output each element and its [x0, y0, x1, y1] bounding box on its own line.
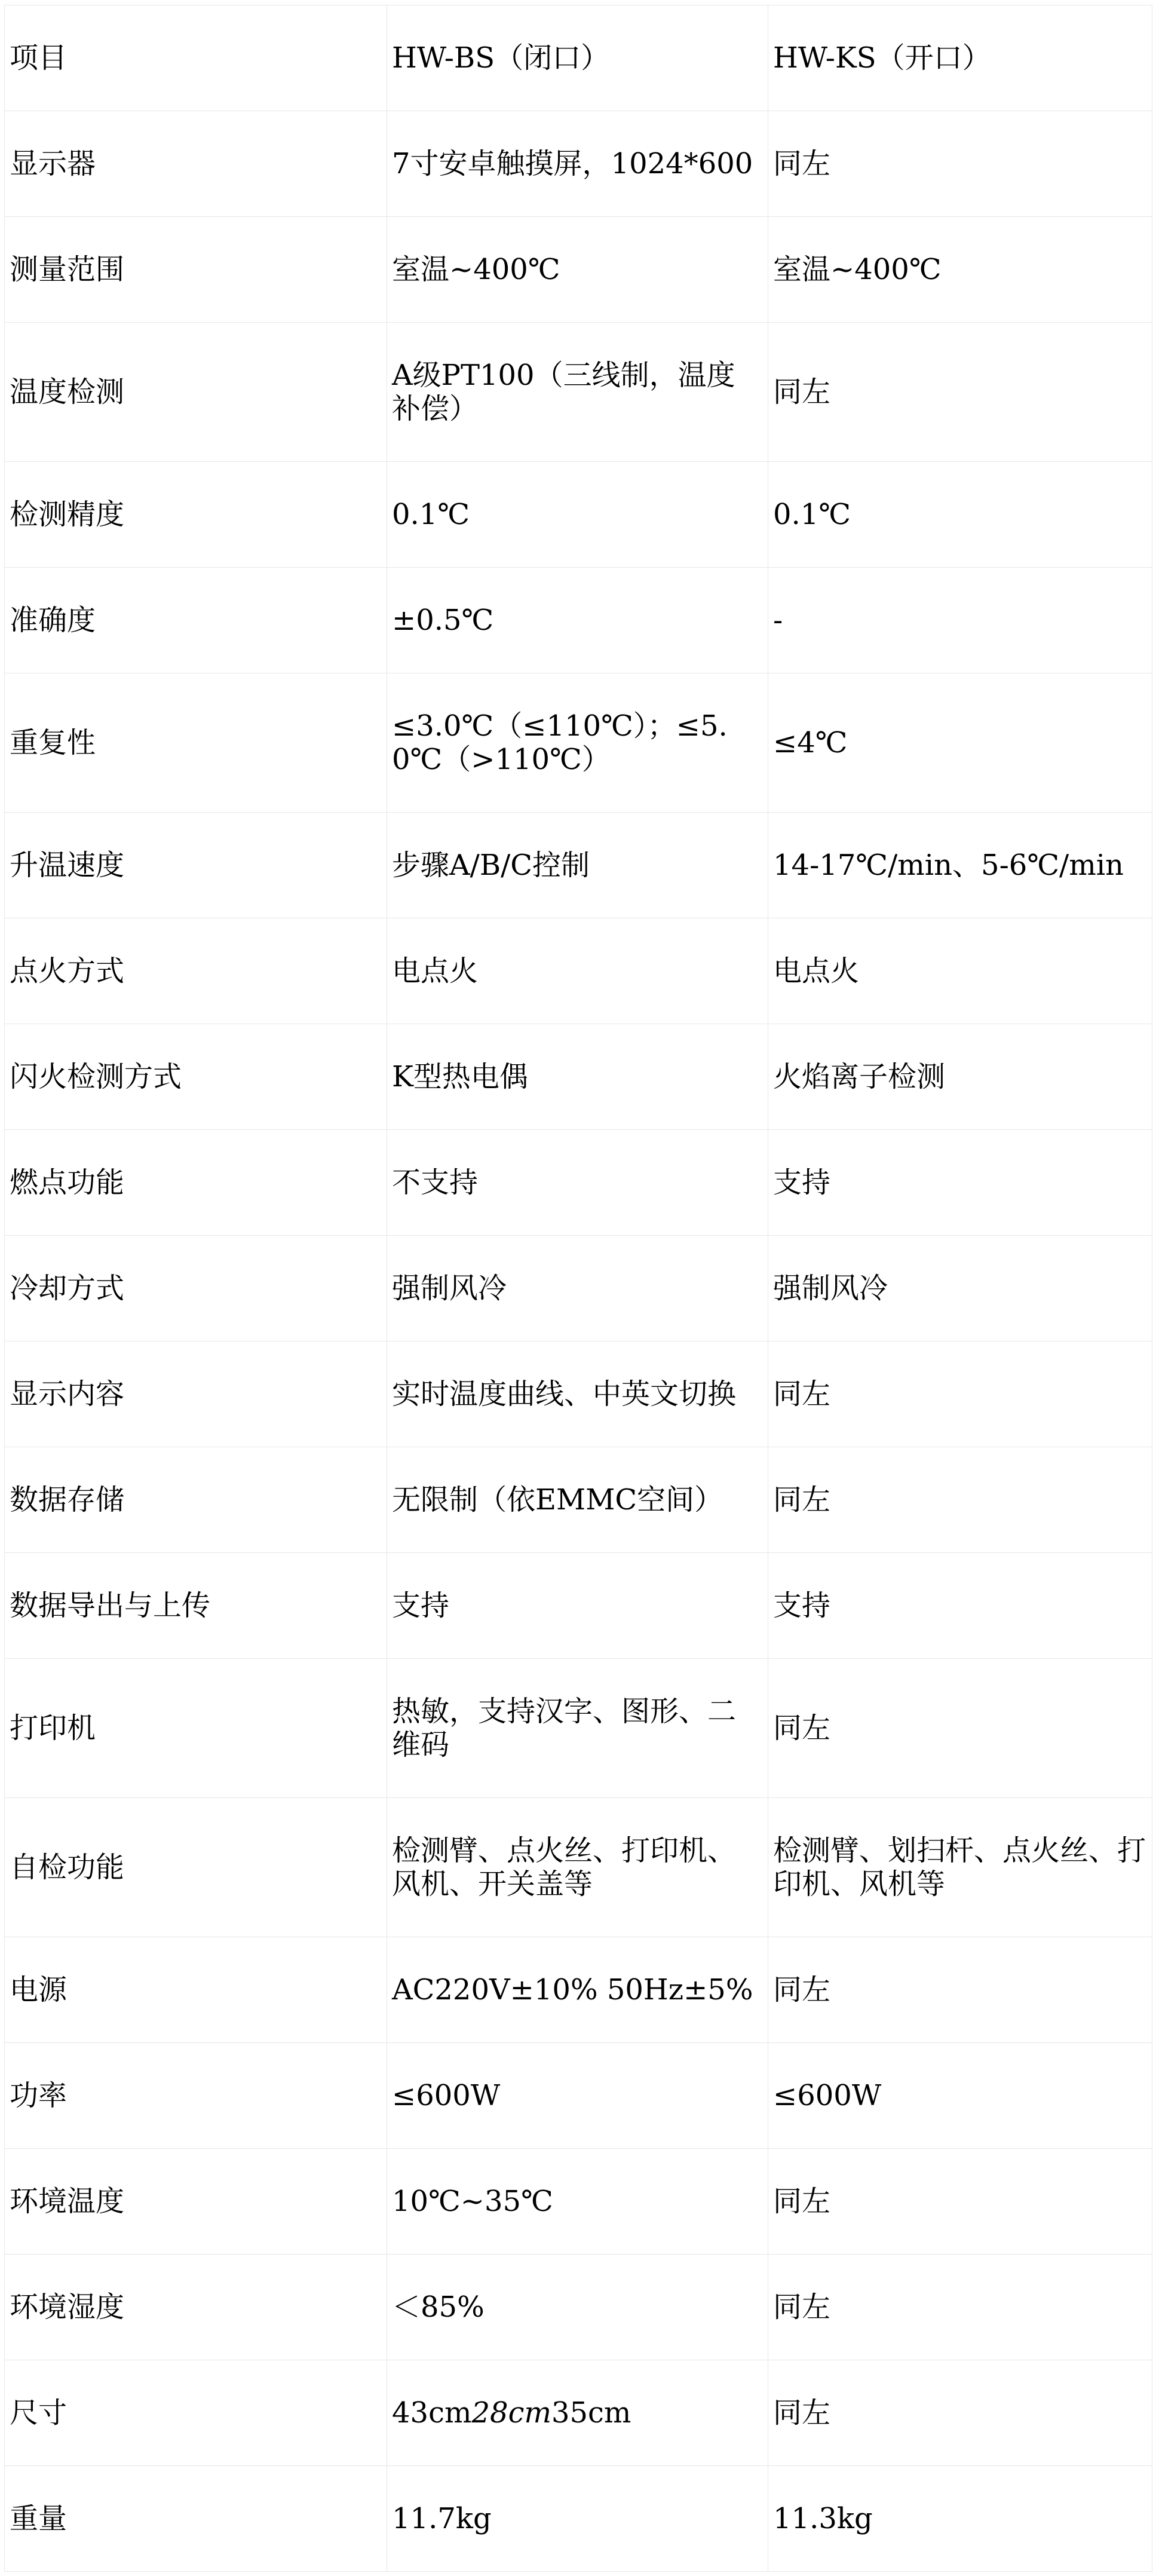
hw-ks-value: -: [773, 604, 1148, 637]
dimension-width-italic: 28cm: [471, 2396, 551, 2430]
item-label: 检测精度: [10, 498, 382, 531]
row-measuring-range: 测量范围 室温~400℃ 室温~400℃: [5, 217, 1152, 323]
hw-ks-cell: 同左: [768, 1659, 1152, 1798]
hw-ks-value: 同左: [773, 1483, 1148, 1517]
hw-ks-value: ≤600W: [773, 2079, 1148, 2112]
hw-bs-value: 10℃~35℃: [392, 2185, 761, 2218]
hw-bs-value: 实时温度曲线、中英文切换: [392, 1377, 761, 1411]
hw-ks-value: 检测臂、划扫杆、点火丝、打印机、风机等: [773, 1834, 1148, 1901]
hw-bs-value: 热敏，支持汉字、图形、二维码: [392, 1695, 761, 1762]
hw-ks-value: 同左: [773, 147, 1148, 180]
item-cell: 重复性: [5, 673, 387, 813]
hw-bs-value: 室温~400℃: [392, 253, 761, 286]
hw-ks-cell: 同左: [768, 1937, 1152, 2043]
hw-bs-value: 11.7kg: [392, 2502, 761, 2535]
hw-bs-value: 不支持: [392, 1166, 761, 1199]
item-label: 显示器: [10, 147, 382, 180]
hw-bs-value: ±0.5℃: [392, 604, 761, 637]
hw-bs-value: A级PT100（三线制，温度补偿）: [392, 359, 761, 425]
item-cell: 升温速度: [5, 813, 387, 918]
hw-bs-value: 检测臂、点火丝、打印机、风机、开关盖等: [392, 1834, 761, 1901]
item-cell: 准确度: [5, 568, 387, 673]
item-label: 环境温度: [10, 2185, 382, 2218]
hw-bs-value: ≤600W: [392, 2079, 761, 2112]
hw-ks-value: 同左: [773, 2185, 1148, 2218]
header-cell-hw-ks: HW-KS（开口）: [768, 5, 1152, 111]
row-ambient-humidity: 环境湿度 ＜85% 同左: [5, 2255, 1152, 2360]
item-cell: 数据导出与上传: [5, 1553, 387, 1659]
row-fire-point-function: 燃点功能 不支持 支持: [5, 1130, 1152, 1236]
hw-ks-cell: 同左: [768, 2255, 1152, 2360]
hw-bs-cell: 步骤A/B/C控制: [387, 813, 768, 918]
item-cell: 功率: [5, 2043, 387, 2149]
hw-ks-cell: 检测臂、划扫杆、点火丝、打印机、风机等: [768, 1798, 1152, 1937]
hw-ks-cell: 同左: [768, 2149, 1152, 2255]
hw-bs-cell: AC220V±10% 50Hz±5%: [387, 1937, 768, 2043]
row-heating-rate: 升温速度 步骤A/B/C控制 14-17℃/min、5-6℃/min: [5, 813, 1152, 918]
hw-bs-value: 7寸安卓触摸屏，1024*600: [392, 147, 761, 180]
row-detection-precision: 检测精度 0.1℃ 0.1℃: [5, 462, 1152, 568]
item-cell: 温度检测: [5, 323, 387, 462]
hw-bs-cell: 室温~400℃: [387, 217, 768, 323]
row-display: 显示器 7寸安卓触摸屏，1024*600 同左: [5, 111, 1152, 217]
hw-bs-value: 0.1℃: [392, 498, 761, 531]
dimension-length: 43cm: [392, 2396, 471, 2430]
hw-bs-cell: 11.7kg: [387, 2466, 768, 2572]
hw-ks-cell: ≤4℃: [768, 673, 1152, 813]
hw-ks-value: 同左: [773, 1377, 1148, 1411]
row-ambient-temperature: 环境温度 10℃~35℃ 同左: [5, 2149, 1152, 2255]
item-label: 功率: [10, 2079, 382, 2112]
item-label: 电源: [10, 1973, 382, 2007]
hw-ks-cell: ≤600W: [768, 2043, 1152, 2149]
hw-bs-cell: ≤600W: [387, 2043, 768, 2149]
item-label: 打印机: [10, 1711, 382, 1745]
item-label: 冷却方式: [10, 1272, 382, 1305]
item-label: 数据导出与上传: [10, 1589, 382, 1622]
header-item-label: 项目: [10, 41, 382, 75]
hw-ks-value: 14-17℃/min、5-6℃/min: [773, 849, 1148, 882]
hw-ks-cell: 火焰离子检测: [768, 1024, 1152, 1130]
item-label: 重量: [10, 2502, 382, 2535]
item-cell: 点火方式: [5, 918, 387, 1024]
hw-bs-cell: 43cm28cm35cm: [387, 2360, 768, 2466]
hw-ks-value: ≤4℃: [773, 726, 1148, 759]
item-cell: 重量: [5, 2466, 387, 2572]
item-label: 准确度: [10, 604, 382, 637]
hw-bs-cell: A级PT100（三线制，温度补偿）: [387, 323, 768, 462]
hw-bs-cell: 10℃~35℃: [387, 2149, 768, 2255]
hw-ks-cell: 支持: [768, 1130, 1152, 1236]
row-data-storage: 数据存储 无限制（依EMMC空间） 同左: [5, 1447, 1152, 1553]
hw-ks-cell: 14-17℃/min、5-6℃/min: [768, 813, 1152, 918]
hw-bs-cell: 电点火: [387, 918, 768, 1024]
hw-ks-value: 11.3kg: [773, 2502, 1148, 2535]
hw-bs-value: K型热电偶: [392, 1060, 761, 1094]
hw-bs-value: 无限制（依EMMC空间）: [392, 1483, 761, 1517]
hw-ks-value: 支持: [773, 1166, 1148, 1199]
row-data-export-upload: 数据导出与上传 支持 支持: [5, 1553, 1152, 1659]
row-power: 功率 ≤600W ≤600W: [5, 2043, 1152, 2149]
row-weight: 重量 11.7kg 11.3kg: [5, 2466, 1152, 2572]
hw-bs-cell: 检测臂、点火丝、打印机、风机、开关盖等: [387, 1798, 768, 1937]
hw-ks-cell: 电点火: [768, 918, 1152, 1024]
hw-ks-value: 火焰离子检测: [773, 1060, 1148, 1094]
item-label: 升温速度: [10, 849, 382, 882]
item-cell: 冷却方式: [5, 1236, 387, 1341]
header-hw-ks-label: HW-KS（开口）: [773, 41, 1148, 75]
item-cell: 自检功能: [5, 1798, 387, 1937]
dimension-height: 35cm: [551, 2396, 631, 2430]
hw-ks-cell: 11.3kg: [768, 2466, 1152, 2572]
hw-ks-cell: -: [768, 568, 1152, 673]
row-repeatability: 重复性 ≤3.0℃（≤110℃）；≤5.0℃（>110℃） ≤4℃: [5, 673, 1152, 813]
hw-bs-cell: 0.1℃: [387, 462, 768, 568]
hw-bs-cell: 不支持: [387, 1130, 768, 1236]
row-printer: 打印机 热敏，支持汉字、图形、二维码 同左: [5, 1659, 1152, 1798]
hw-bs-value: 43cm28cm35cm: [392, 2396, 761, 2430]
hw-ks-cell: 0.1℃: [768, 462, 1152, 568]
spec-comparison-table: 项目 HW-BS（闭口） HW-KS（开口） 显示器 7寸安卓触摸屏，1024*…: [4, 5, 1152, 2572]
item-cell: 数据存储: [5, 1447, 387, 1553]
hw-ks-cell: 室温~400℃: [768, 217, 1152, 323]
hw-ks-cell: 同左: [768, 1341, 1152, 1447]
item-cell: 燃点功能: [5, 1130, 387, 1236]
hw-ks-cell: 同左: [768, 323, 1152, 462]
header-cell-item: 项目: [5, 5, 387, 111]
row-flash-detection-method: 闪火检测方式 K型热电偶 火焰离子检测: [5, 1024, 1152, 1130]
hw-ks-cell: 同左: [768, 1447, 1152, 1553]
row-self-check: 自检功能 检测臂、点火丝、打印机、风机、开关盖等 检测臂、划扫杆、点火丝、打印机…: [5, 1798, 1152, 1937]
item-label: 显示内容: [10, 1377, 382, 1411]
hw-bs-cell: ±0.5℃: [387, 568, 768, 673]
hw-bs-value: AC220V±10% 50Hz±5%: [392, 1973, 761, 2007]
hw-bs-cell: 支持: [387, 1553, 768, 1659]
item-label: 闪火检测方式: [10, 1060, 382, 1094]
hw-ks-value: 室温~400℃: [773, 253, 1148, 286]
hw-ks-cell: 支持: [768, 1553, 1152, 1659]
item-label: 温度检测: [10, 375, 382, 409]
hw-bs-cell: 热敏，支持汉字、图形、二维码: [387, 1659, 768, 1798]
hw-ks-value: 强制风冷: [773, 1272, 1148, 1305]
hw-ks-value: 同左: [773, 1711, 1148, 1745]
hw-bs-cell: 实时温度曲线、中英文切换: [387, 1341, 768, 1447]
hw-ks-value: 同左: [773, 375, 1148, 409]
hw-ks-value: 支持: [773, 1589, 1148, 1622]
item-label: 环境湿度: [10, 2290, 382, 2324]
item-cell: 环境温度: [5, 2149, 387, 2255]
row-dimensions: 尺寸 43cm28cm35cm 同左: [5, 2360, 1152, 2466]
row-power-supply: 电源 AC220V±10% 50Hz±5% 同左: [5, 1937, 1152, 2043]
item-cell: 显示器: [5, 111, 387, 217]
row-temperature-detection: 温度检测 A级PT100（三线制，温度补偿） 同左: [5, 323, 1152, 462]
item-label: 燃点功能: [10, 1166, 382, 1199]
row-cooling-method: 冷却方式 强制风冷 强制风冷: [5, 1236, 1152, 1341]
item-label: 尺寸: [10, 2396, 382, 2430]
item-label: 自检功能: [10, 1851, 382, 1884]
hw-bs-value: ≤3.0℃（≤110℃）；≤5.0℃（>110℃）: [392, 709, 761, 776]
hw-ks-value: 同左: [773, 2290, 1148, 2324]
hw-bs-value: 强制风冷: [392, 1272, 761, 1305]
item-cell: 测量范围: [5, 217, 387, 323]
hw-bs-value: 支持: [392, 1589, 761, 1622]
hw-bs-cell: ＜85%: [387, 2255, 768, 2360]
item-cell: 电源: [5, 1937, 387, 2043]
item-label: 数据存储: [10, 1483, 382, 1517]
table-header-row: 项目 HW-BS（闭口） HW-KS（开口）: [5, 5, 1152, 111]
hw-bs-cell: 7寸安卓触摸屏，1024*600: [387, 111, 768, 217]
row-display-content: 显示内容 实时温度曲线、中英文切换 同左: [5, 1341, 1152, 1447]
row-ignition-method: 点火方式 电点火 电点火: [5, 918, 1152, 1024]
hw-ks-value: 电点火: [773, 954, 1148, 988]
item-label: 点火方式: [10, 954, 382, 988]
hw-bs-value: ＜85%: [392, 2290, 761, 2324]
hw-ks-cell: 强制风冷: [768, 1236, 1152, 1341]
hw-ks-cell: 同左: [768, 2360, 1152, 2466]
hw-ks-value: 0.1℃: [773, 498, 1148, 531]
hw-bs-value: 步骤A/B/C控制: [392, 849, 761, 882]
item-cell: 环境湿度: [5, 2255, 387, 2360]
hw-ks-cell: 同左: [768, 111, 1152, 217]
hw-bs-cell: 无限制（依EMMC空间）: [387, 1447, 768, 1553]
hw-bs-cell: 强制风冷: [387, 1236, 768, 1341]
item-cell: 显示内容: [5, 1341, 387, 1447]
hw-bs-cell: K型热电偶: [387, 1024, 768, 1130]
header-hw-bs-label: HW-BS（闭口）: [392, 41, 761, 75]
item-label: 重复性: [10, 726, 382, 759]
hw-ks-value: 同左: [773, 1973, 1148, 2007]
hw-bs-cell: ≤3.0℃（≤110℃）；≤5.0℃（>110℃）: [387, 673, 768, 813]
item-cell: 检测精度: [5, 462, 387, 568]
item-cell: 闪火检测方式: [5, 1024, 387, 1130]
row-accuracy: 准确度 ±0.5℃ -: [5, 568, 1152, 673]
item-cell: 尺寸: [5, 2360, 387, 2466]
item-cell: 打印机: [5, 1659, 387, 1798]
hw-ks-value: 同左: [773, 2396, 1148, 2430]
hw-bs-value: 电点火: [392, 954, 761, 988]
item-label: 测量范围: [10, 253, 382, 286]
header-cell-hw-bs: HW-BS（闭口）: [387, 5, 768, 111]
